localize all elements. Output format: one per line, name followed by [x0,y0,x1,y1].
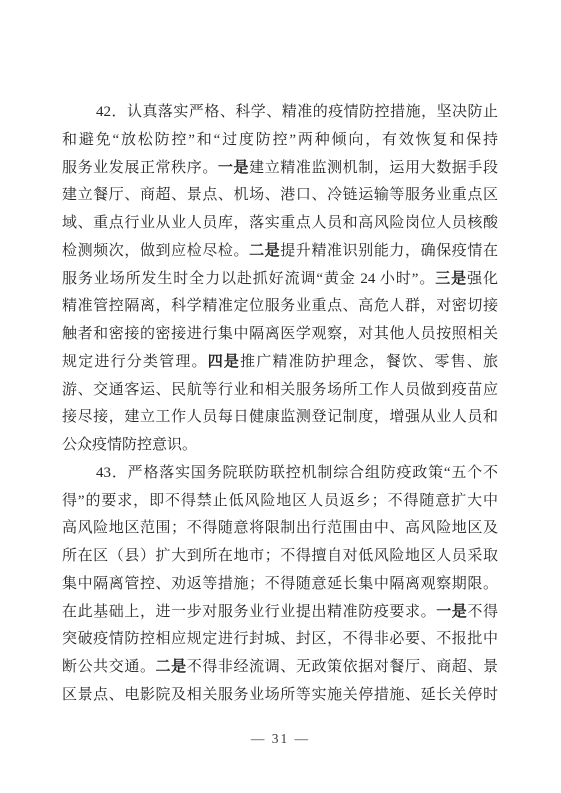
document-body: 42．认真落实严格、科学、精准的疫情防控措施，坚决防止和避免“放松防控”和“过度… [62,99,498,710]
text-line: 得”的要求，即不得禁止低风险地区人员返乡；不得随意扩大中 [62,488,498,516]
text-line: 高风险地区范围；不得随意将限制出行范围由中、高风险地区及 [62,515,498,543]
emphasis-text: 四是 [208,354,240,370]
body-text: 43．严格落实国务院联防联控机制综合组防疫政策“五个不 [96,465,498,481]
body-text: 服务业场所发生时全力以赴抓好流调“黄金 24 小时”。 [62,271,435,287]
body-text: 精准管控隔离，科学精准定位服务业重点、高危人群，对密切接 [62,298,498,314]
text-line: 和避免“放松防控”和“过度防控”两种倾向，有效恢复和保持 [62,127,498,155]
body-text: 服务业发展正常秩序。 [62,160,218,176]
body-text: 区景点、电影院及相关服务业场所等实施关停措施、延长关停时 [62,687,498,703]
emphasis-text: 三是 [435,271,467,287]
text-line: 43．严格落实国务院联防联控机制综合组防疫政策“五个不 [62,460,498,488]
text-line: 在此基础上，进一步对服务业行业提出精准防疫要求。一是不得 [62,599,498,627]
body-text: 集中隔离管控、劝返等措施；不得随意延长集中隔离观察期限。 [62,576,498,592]
body-text: 推广精准防护理念，餐饮、零售、旅 [240,354,498,370]
body-text: 高风险地区范围；不得随意将限制出行范围由中、高风险地区及 [62,520,498,536]
document-page: 42．认真落实严格、科学、精准的疫情防控措施，坚决防止和避免“放松防控”和“过度… [0,0,561,793]
text-line: 42．认真落实严格、科学、精准的疫情防控措施，坚决防止 [62,99,498,127]
body-text: 触者和密接的密接进行集中隔离医学观察，对其他人员按照相关 [62,326,498,342]
body-text: 不得 [467,604,498,620]
body-text: 域、重点行业从业人员库，落实重点人员和高风险岗位人员核酸 [62,215,498,231]
text-line: 精准管控隔离，科学精准定位服务业重点、高危人群，对密切接 [62,293,498,321]
body-text: 游、交通客运、民航等行业和相关服务场所工作人员做到疫苗应 [62,382,498,398]
body-text: 在此基础上，进一步对服务业行业提出精准防疫要求。 [62,604,436,620]
text-line: 规定进行分类管理。四是推广精准防护理念，餐饮、零售、旅 [62,349,498,377]
text-line: 突破疫情防控相应规定进行封城、封区，不得非必要、不报批中 [62,626,498,654]
body-text: 42．认真落实严格、科学、精准的疫情防控措施，坚决防止 [96,104,498,120]
body-text: 提升精准识别能力，确保疫情在 [280,243,498,259]
body-text: 检测频次，做到应检尽检。 [62,243,249,259]
body-text: 和避免“放松防控”和“过度防控”两种倾向，有效恢复和保持 [62,132,498,148]
body-text: 突破疫情防控相应规定进行封城、封区，不得非必要、不报批中 [62,631,498,647]
page-number: — 31 — [0,731,561,747]
text-line: 集中隔离管控、劝返等措施；不得随意延长集中隔离观察期限。 [62,571,498,599]
text-line: 区景点、电影院及相关服务业场所等实施关停措施、延长关停时 [62,682,498,710]
text-line: 游、交通客运、民航等行业和相关服务场所工作人员做到疫苗应 [62,377,498,405]
text-line: 服务业发展正常秩序。一是建立精准监测机制，运用大数据手段 [62,155,498,183]
emphasis-text: 二是 [156,659,187,675]
body-text: 接尽接，建立工作人员每日健康监测登记制度，增强从业人员和 [62,409,498,425]
body-text: 所在区（县）扩大到所在地市；不得擅自对低风险地区人员采取 [62,548,498,564]
text-line: 断公共交通。二是不得非经流调、无政策依据对餐厅、商超、景 [62,654,498,682]
text-line: 接尽接，建立工作人员每日健康监测登记制度，增强从业人员和 [62,404,498,432]
body-text: 强化 [467,271,498,287]
body-text: 断公共交通。 [62,659,156,675]
emphasis-text: 一是 [218,160,249,176]
text-line: 域、重点行业从业人员库，落实重点人员和高风险岗位人员核酸 [62,210,498,238]
body-text: 规定进行分类管理。 [62,354,208,370]
body-text: 建立精准监测机制，运用大数据手段 [249,160,498,176]
body-text: 得”的要求，即不得禁止低风险地区人员返乡；不得随意扩大中 [62,493,498,509]
body-text: 建立餐厅、商超、景点、机场、港口、冷链运输等服务业重点区 [62,187,498,203]
body-text: 不得非经流调、无政策依据对餐厅、商超、景 [187,659,498,675]
text-line: 公众疫情防控意识。 [62,432,498,460]
body-text: 公众疫情防控意识。 [62,437,197,453]
text-line: 所在区（县）扩大到所在地市；不得擅自对低风险地区人员采取 [62,543,498,571]
text-line: 触者和密接的密接进行集中隔离医学观察，对其他人员按照相关 [62,321,498,349]
text-line: 服务业场所发生时全力以赴抓好流调“黄金 24 小时”。三是强化 [62,266,498,294]
emphasis-text: 一是 [436,604,467,620]
emphasis-text: 二是 [249,243,280,259]
text-line: 检测频次，做到应检尽检。二是提升精准识别能力，确保疫情在 [62,238,498,266]
text-line: 建立餐厅、商超、景点、机场、港口、冷链运输等服务业重点区 [62,182,498,210]
